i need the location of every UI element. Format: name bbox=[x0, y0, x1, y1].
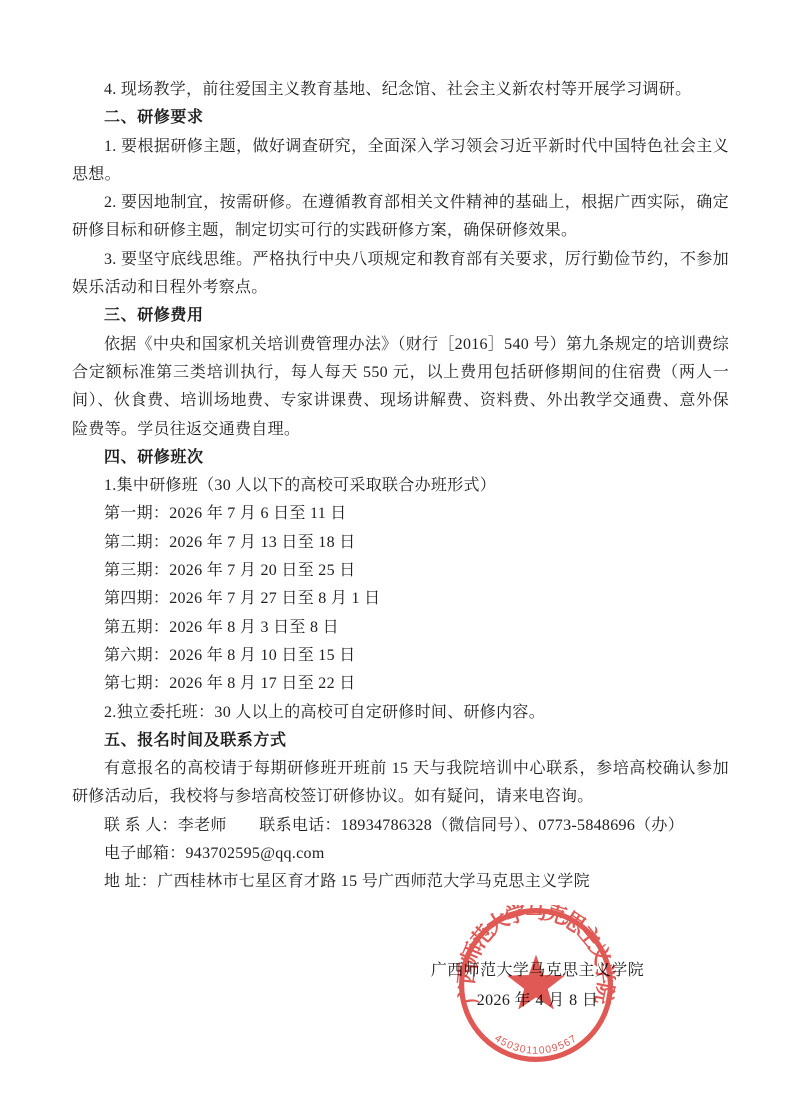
section-heading-fees: 三、研修费用 bbox=[72, 302, 729, 330]
schedule-line: 第一期：2026 年 7 月 6 日至 11 日 bbox=[72, 500, 729, 528]
schedule-line: 第二期：2026 年 7 月 13 日至 18 日 bbox=[72, 529, 729, 557]
body-paragraph: 依据《中央和国家机关培训费管理办法》（财行［2016］540 号）第九条规定的培… bbox=[72, 331, 729, 444]
document-page: 4. 现场教学，前往爱国主义教育基地、纪念馆、社会主义新农村等开展学习调研。 二… bbox=[0, 0, 799, 1115]
body-paragraph: 4. 现场教学，前往爱国主义教育基地、纪念馆、社会主义新农村等开展学习调研。 bbox=[72, 76, 729, 104]
body-paragraph: 1.集中研修班（30 人以下的高校可采取联合办班形式） bbox=[72, 472, 729, 500]
address-line: 地 址：广西桂林市七星区育才路 15 号广西师范大学马克思主义学院 bbox=[72, 868, 729, 896]
official-seal: 广西师范大学马克思主义学院 4503011009567 bbox=[456, 905, 616, 1065]
section-heading-requirements: 二、研修要求 bbox=[72, 104, 729, 132]
body-paragraph: 2.独立委托班：30 人以上的高校可自定研修时间、研修内容。 bbox=[72, 699, 729, 727]
body-paragraph: 3. 要坚守底线思维。严格执行中央八项规定和教育部有关要求，厉行勤俭节约，不参加… bbox=[72, 246, 729, 303]
email-line: 电子邮箱：943702595@qq.com bbox=[72, 840, 729, 868]
schedule-line: 第三期：2026 年 7 月 20 日至 25 日 bbox=[72, 557, 729, 585]
schedule-line: 第四期：2026 年 7 月 27 日至 8 月 1 日 bbox=[72, 585, 729, 613]
schedule-line: 第六期：2026 年 8 月 10 日至 15 日 bbox=[72, 642, 729, 670]
body-paragraph: 2. 要因地制宜，按需研修。在遵循教育部相关文件精神的基础上，根据广西实际，确定… bbox=[72, 189, 729, 246]
schedule-line: 第五期：2026 年 8 月 3 日至 8 日 bbox=[72, 614, 729, 642]
body-paragraph: 有意报名的高校请于每期研修班开班前 15 天与我院培训中心联系，参培高校确认参加… bbox=[72, 755, 729, 812]
contact-person-line: 联 系 人：李老师 联系电话：18934786328（微信同号）、0773-58… bbox=[72, 812, 729, 840]
schedule-line: 第七期：2026 年 8 月 17 日至 22 日 bbox=[72, 670, 729, 698]
document-body: 4. 现场教学，前往爱国主义教育基地、纪念馆、社会主义新农村等开展学习调研。 二… bbox=[72, 76, 729, 897]
star-icon bbox=[507, 955, 565, 1010]
section-heading-registration: 五、报名时间及联系方式 bbox=[72, 727, 729, 755]
section-heading-sessions: 四、研修班次 bbox=[72, 444, 729, 472]
body-paragraph: 1. 要根据研修主题，做好调查研究，全面深入学习领会习近平新时代中国特色社会主义… bbox=[72, 133, 729, 190]
